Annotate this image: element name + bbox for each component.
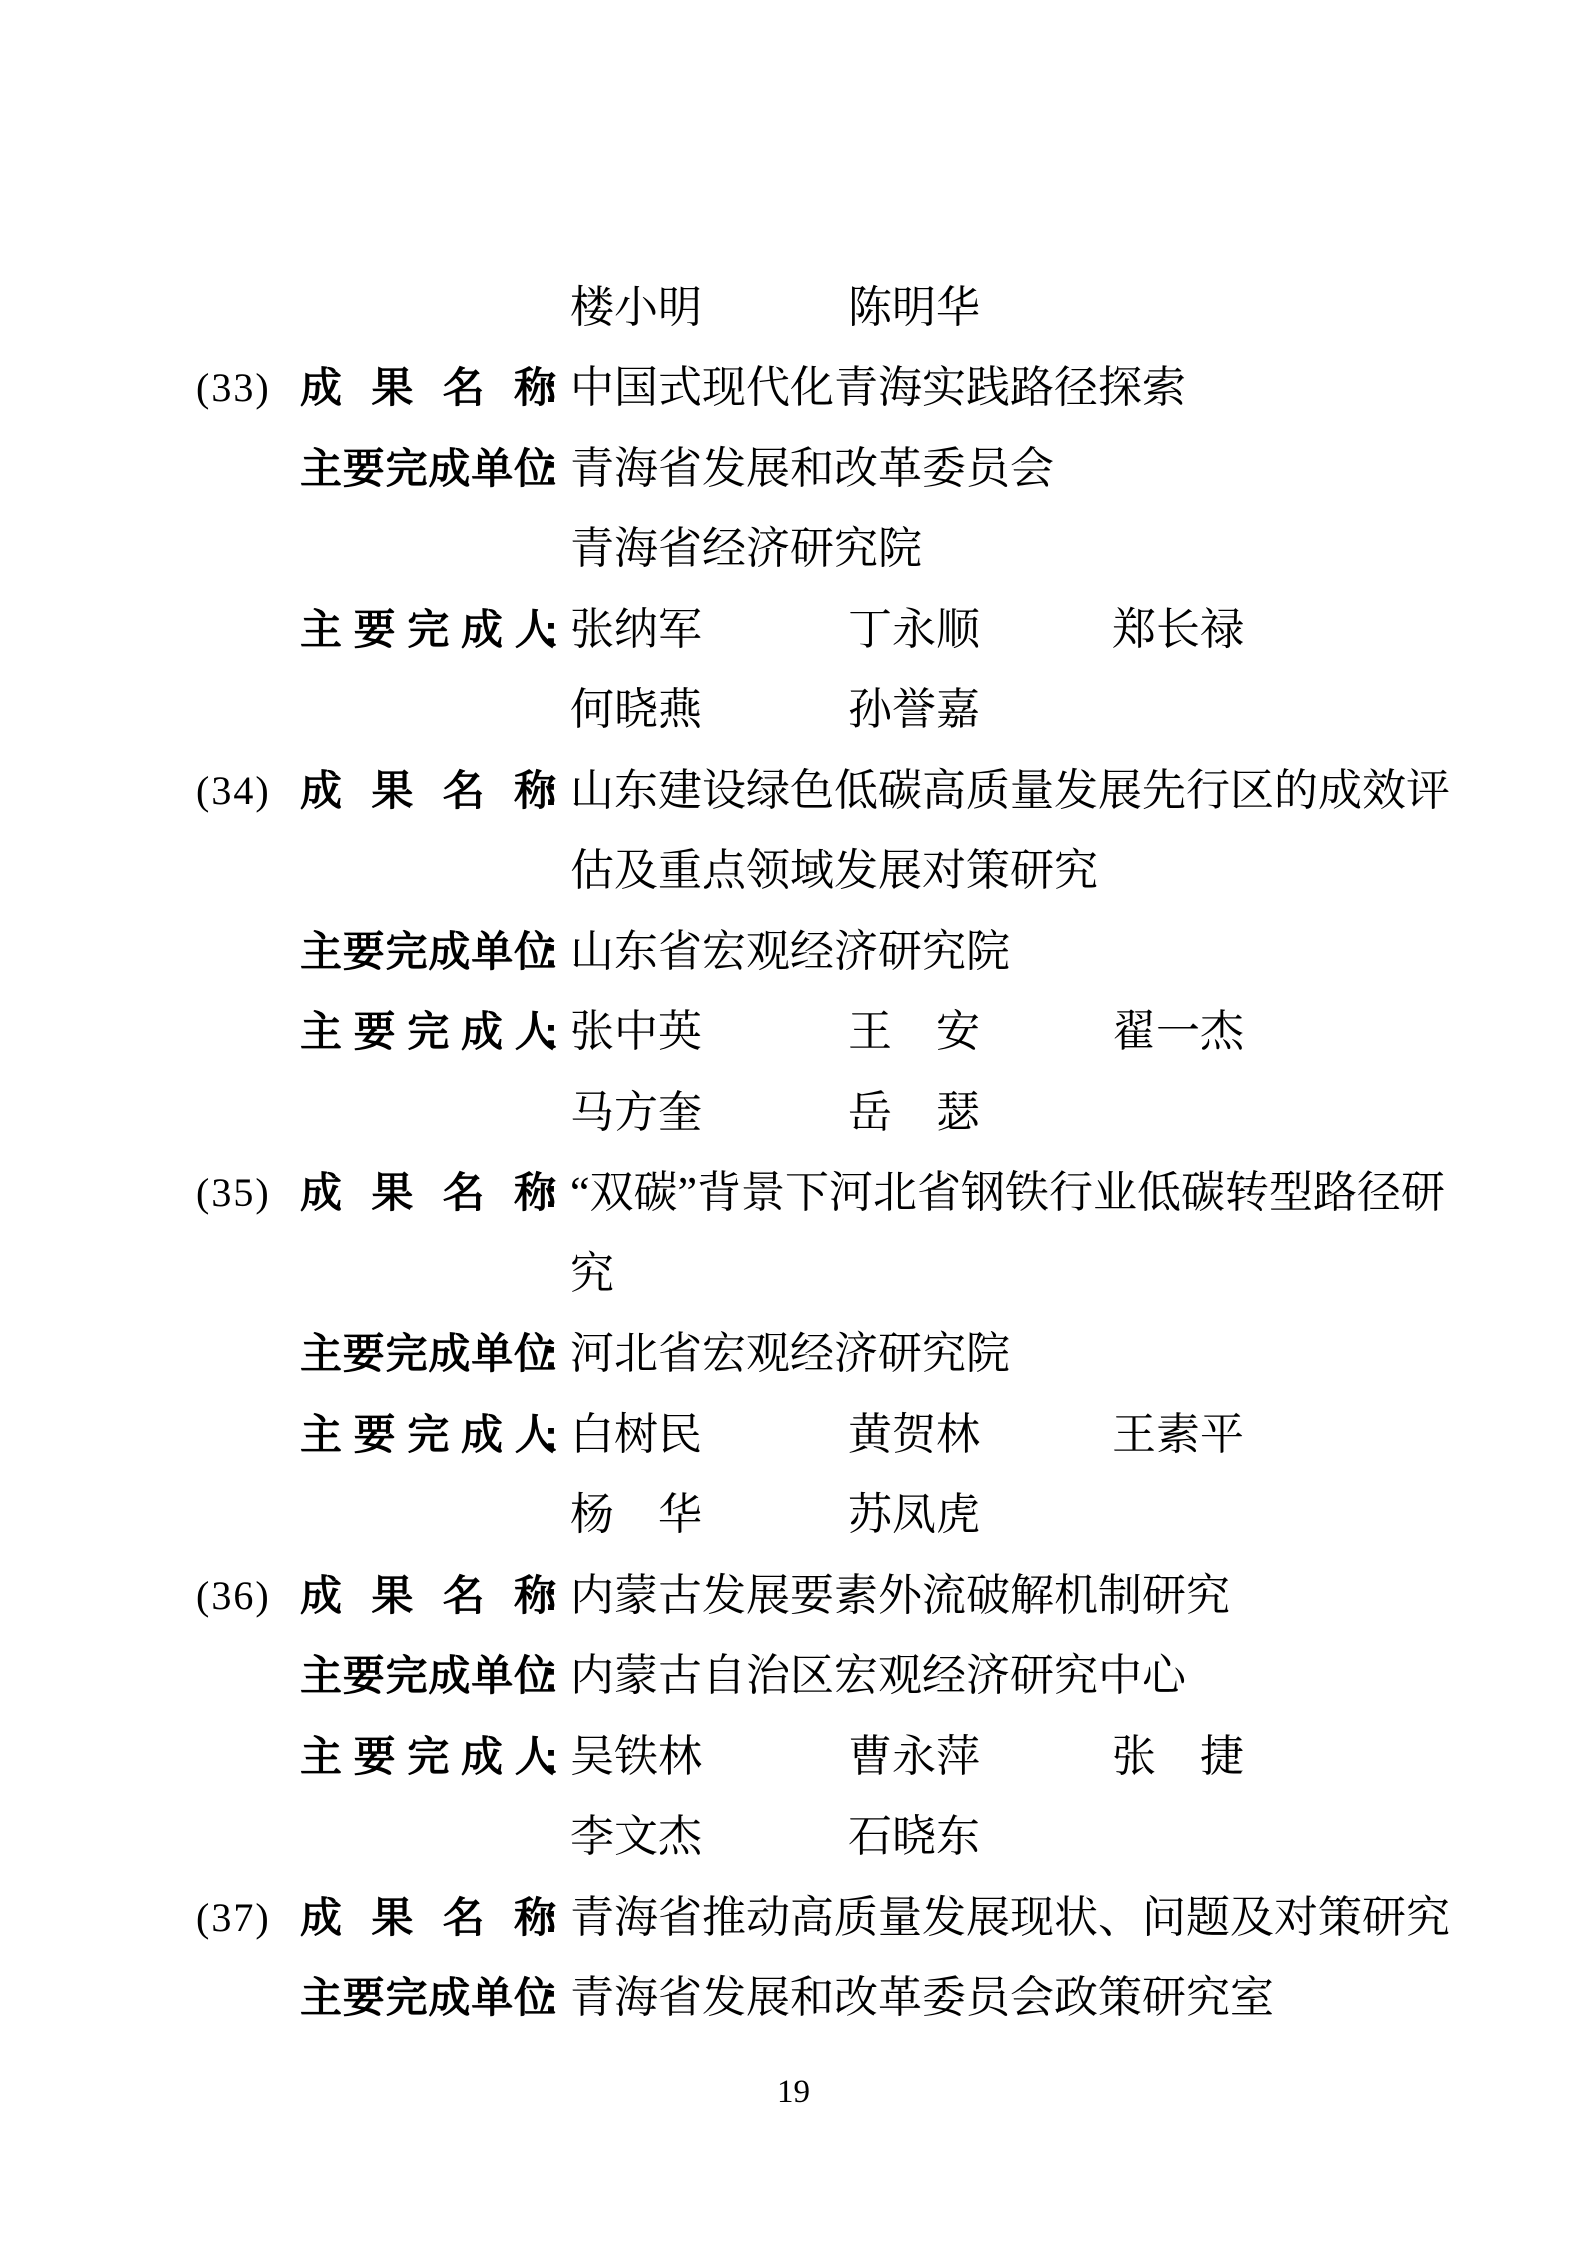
label-colon: : (544, 1314, 558, 1394)
label-colon: : (544, 1878, 558, 1958)
field-label-unit: 主要完成单位 (300, 429, 556, 509)
entry-person-row: 主 要 完 成 人 : 白树民 黄贺林 王素平 (0, 1395, 1587, 1475)
label-colon: : (544, 1958, 558, 2038)
unit-name: 青海省发展和改革委员会政策研究室 (570, 1958, 1274, 2038)
label-colon: : (544, 348, 558, 428)
entry-title: 内蒙古发展要素外流破解机制研究 (570, 1556, 1230, 1636)
field-label-unit: 主要完成单位 (300, 1958, 556, 2038)
person-name: 杨 华 (570, 1475, 702, 1555)
field-label-person: 主 要 完 成 人 (300, 1717, 556, 1797)
entry-number: (36) (196, 1556, 271, 1636)
person-names-row: 何晓燕 孙誉嘉 (0, 670, 1587, 750)
label-colon: : (544, 1395, 558, 1475)
entry-person-row: 主 要 完 成 人 : 张中英 王 安 翟一杰 (0, 992, 1587, 1072)
person-names-row: 杨 华 苏凤虎 (0, 1475, 1587, 1555)
field-label-unit: 主要完成单位 (300, 1636, 556, 1716)
entry-number: (37) (196, 1878, 271, 1958)
person-name: 岳 瑟 (848, 1073, 980, 1153)
entry-unit-row: 主要完成单位 : 青海省发展和改革委员会 (0, 429, 1587, 509)
person-names-row: 马方奎 岳 瑟 (0, 1073, 1587, 1153)
entry-title: 估及重点领域发展对策研究 (570, 831, 1098, 911)
person-name: 郑长禄 (1112, 590, 1244, 670)
label-colon: : (544, 590, 558, 670)
person-name: 石晓东 (848, 1797, 980, 1877)
person-names-row: 李文杰 石晓东 (0, 1797, 1587, 1877)
field-label-person: 主 要 完 成 人 (300, 590, 556, 670)
entry-title: “双碳”背景下河北省钢铁行业低碳转型路径研 (570, 1153, 1445, 1233)
entry-unit-row: 主要完成单位 : 内蒙古自治区宏观经济研究中心 (0, 1636, 1587, 1716)
page-number: 19 (0, 2062, 1587, 2122)
person-name: 白树民 (570, 1395, 702, 1475)
document-page: 楼小明 陈明华 (33) 成 果 名 称 : 中国式现代化青海实践路径探索 主要… (0, 0, 1587, 2245)
person-name: 吴铁林 (570, 1717, 702, 1797)
entry-title-continuation-row: 估及重点领域发展对策研究 (0, 831, 1587, 911)
person-name: 马方奎 (570, 1073, 702, 1153)
entry-unit-row: 主要完成单位 : 山东省宏观经济研究院 (0, 912, 1587, 992)
field-label-title: 成 果 名 称 (300, 1153, 556, 1233)
label-colon: : (544, 992, 558, 1072)
entry-title: 究 (570, 1234, 614, 1314)
entry-title-row: (37) 成 果 名 称 : 青海省推动高质量发展现状、问题及对策研究 (0, 1878, 1587, 1958)
person-name: 楼小明 (570, 268, 702, 348)
field-label-unit: 主要完成单位 (300, 1314, 556, 1394)
entry-title-continuation-row: 究 (0, 1234, 1587, 1314)
unit-name: 内蒙古自治区宏观经济研究中心 (570, 1636, 1186, 1716)
entry-unit-row: 主要完成单位 : 青海省发展和改革委员会政策研究室 (0, 1958, 1587, 2038)
field-label-title: 成 果 名 称 (300, 1556, 556, 1636)
field-label-person: 主 要 完 成 人 (300, 1395, 556, 1475)
person-name: 曹永萍 (848, 1717, 980, 1797)
person-name: 王 安 (848, 992, 980, 1072)
field-label-title: 成 果 名 称 (300, 1878, 556, 1958)
person-name: 丁永顺 (848, 590, 980, 670)
entry-number: (34) (196, 751, 271, 831)
entry-title-row: (33) 成 果 名 称 : 中国式现代化青海实践路径探索 (0, 348, 1587, 428)
person-name: 张 捷 (1112, 1717, 1244, 1797)
entry-unit-continuation-row: 青海省经济研究院 (0, 509, 1587, 589)
label-colon: : (544, 1153, 558, 1233)
person-name: 孙誉嘉 (848, 670, 980, 750)
field-label-unit: 主要完成单位 (300, 912, 556, 992)
entry-title-row: (36) 成 果 名 称 : 内蒙古发展要素外流破解机制研究 (0, 1556, 1587, 1636)
entry-title-row: (35) 成 果 名 称 : “双碳”背景下河北省钢铁行业低碳转型路径研 (0, 1153, 1587, 1233)
person-name: 王素平 (1112, 1395, 1244, 1475)
entry-number: (33) (196, 348, 271, 428)
person-name: 张中英 (570, 992, 702, 1072)
entry-person-row: 主 要 完 成 人 : 吴铁林 曹永萍 张 捷 (0, 1717, 1587, 1797)
entry-title: 山东建设绿色低碳高质量发展先行区的成效评 (570, 751, 1450, 831)
entry-title-row: (34) 成 果 名 称 : 山东建设绿色低碳高质量发展先行区的成效评 (0, 751, 1587, 831)
field-label-title: 成 果 名 称 (300, 348, 556, 428)
person-name: 翟一杰 (1112, 992, 1244, 1072)
label-colon: : (544, 1717, 558, 1797)
label-colon: : (544, 1556, 558, 1636)
person-name: 苏凤虎 (848, 1475, 980, 1555)
unit-name: 青海省经济研究院 (570, 509, 922, 589)
entry-number: (35) (196, 1153, 271, 1233)
label-colon: : (544, 751, 558, 831)
person-name: 陈明华 (848, 268, 980, 348)
unit-name: 山东省宏观经济研究院 (570, 912, 1010, 992)
person-name: 何晓燕 (570, 670, 702, 750)
person-name: 李文杰 (570, 1797, 702, 1877)
label-colon: : (544, 912, 558, 992)
person-name: 黄贺林 (848, 1395, 980, 1475)
entry-person-row: 主 要 完 成 人 : 张纳军 丁永顺 郑长禄 (0, 590, 1587, 670)
label-colon: : (544, 1636, 558, 1716)
entry-title: 中国式现代化青海实践路径探索 (570, 348, 1186, 428)
unit-name: 青海省发展和改革委员会 (570, 429, 1054, 509)
field-label-title: 成 果 名 称 (300, 751, 556, 831)
entry-title: 青海省推动高质量发展现状、问题及对策研究 (570, 1878, 1450, 1958)
person-name: 张纳军 (570, 590, 702, 670)
entry-unit-row: 主要完成单位 : 河北省宏观经济研究院 (0, 1314, 1587, 1394)
person-names-row: 楼小明 陈明华 (0, 268, 1587, 348)
unit-name: 河北省宏观经济研究院 (570, 1314, 1010, 1394)
field-label-person: 主 要 完 成 人 (300, 992, 556, 1072)
label-colon: : (544, 429, 558, 509)
